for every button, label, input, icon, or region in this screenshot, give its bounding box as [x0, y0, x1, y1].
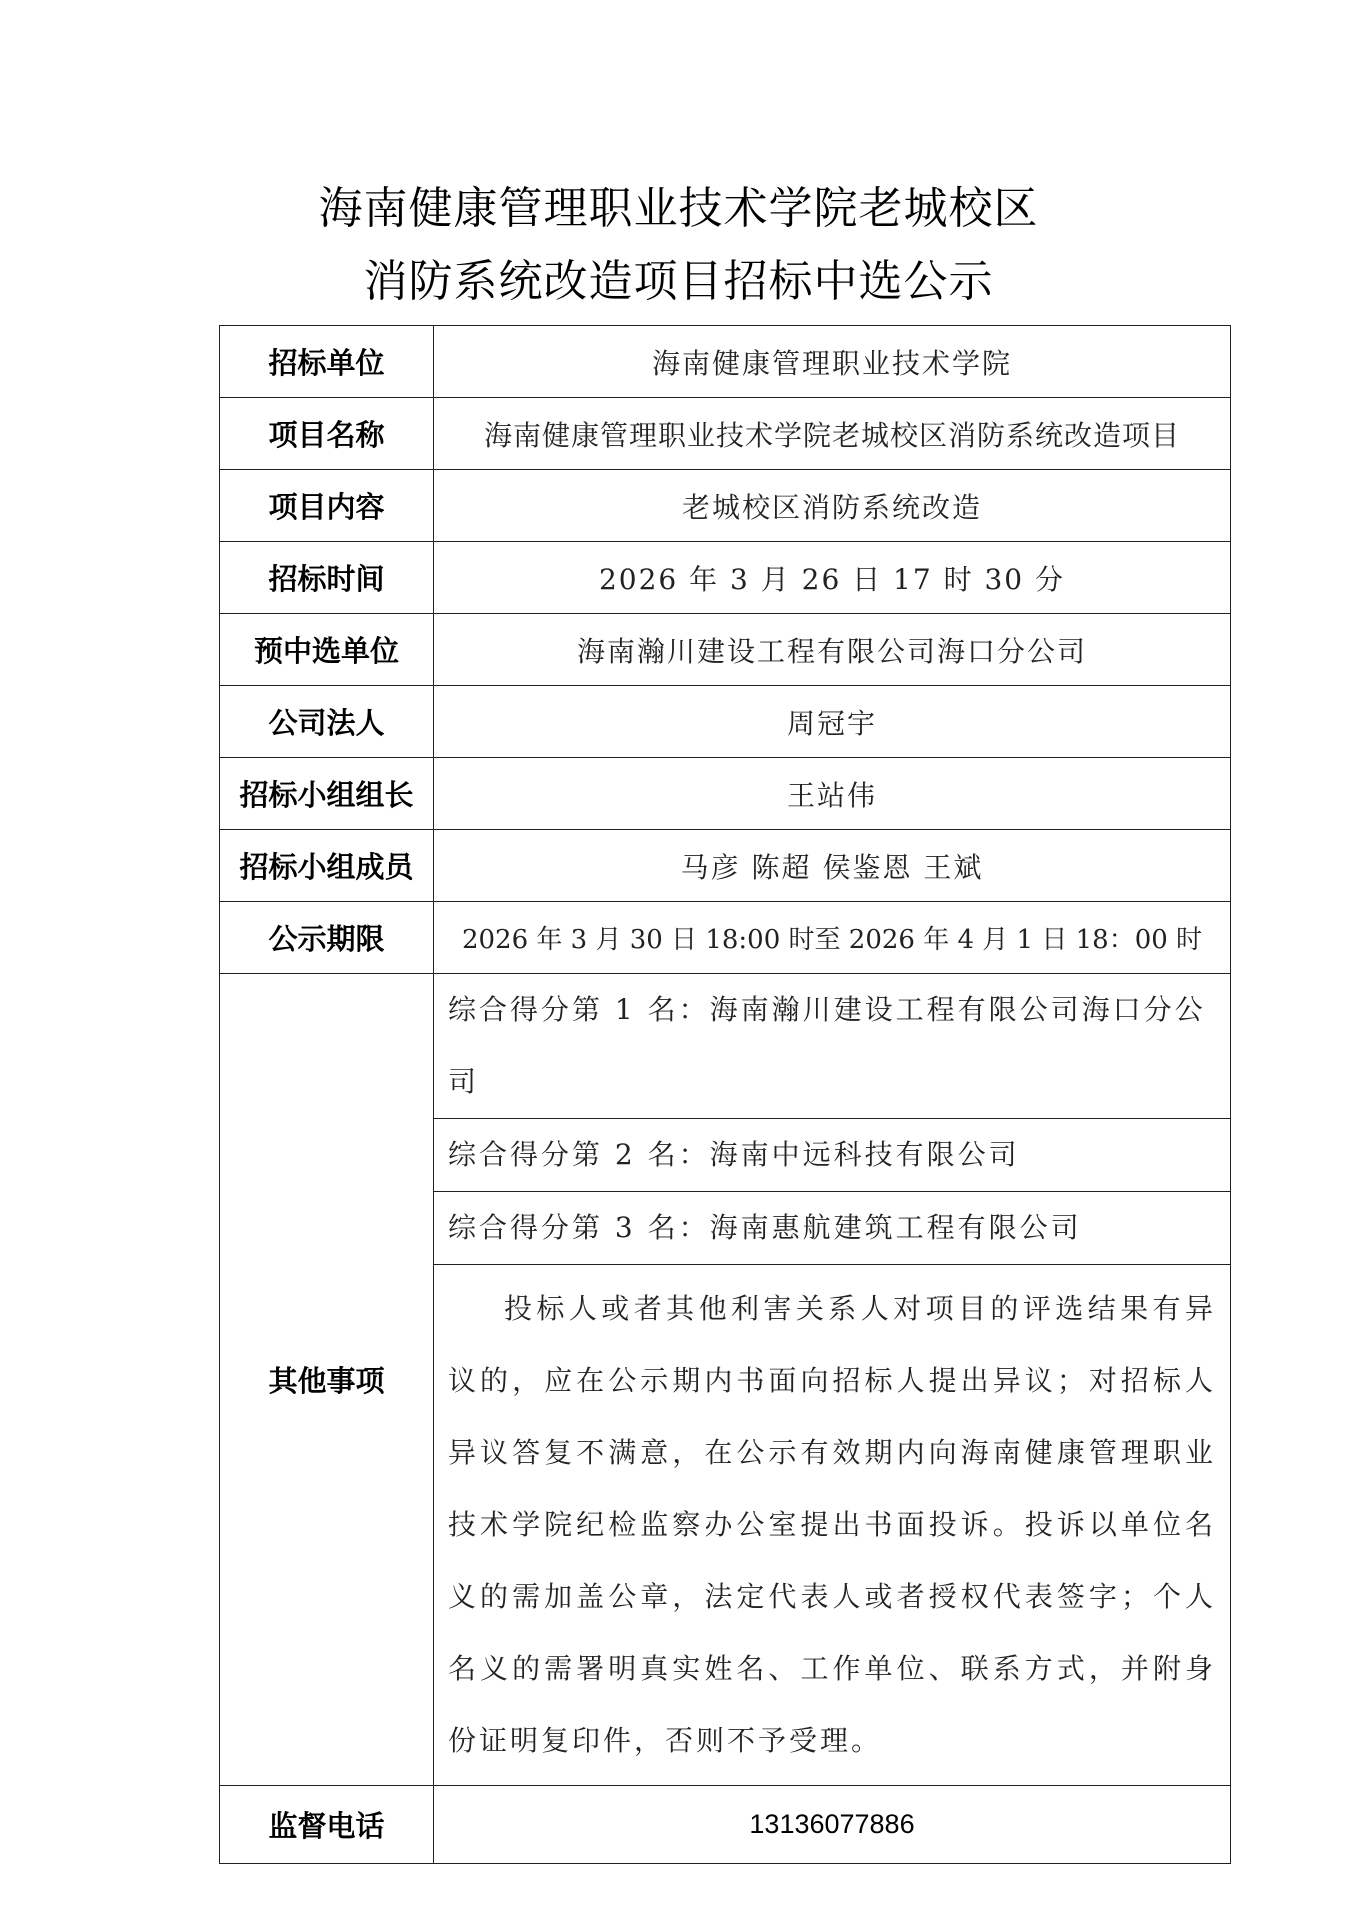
row-value: 2026 年 3 月 30 日 18:00 时至 2026 年 4 月 1 日 …: [434, 902, 1231, 974]
objection-notice-text: 投标人或者其他利害关系人对项目的评选结果有异议的，应在公示期内书面向招标人提出异…: [448, 1273, 1216, 1777]
supervision-phone-number: 13136077886: [434, 1786, 1231, 1864]
objection-notice: 投标人或者其他利害关系人对项目的评选结果有异议的，应在公示期内书面向招标人提出异…: [434, 1265, 1231, 1786]
table-row-project-name: 项目名称 海南健康管理职业技术学院老城校区消防系统改造项目: [220, 398, 1231, 470]
table-row-publicity-period: 公示期限 2026 年 3 月 30 日 18:00 时至 2026 年 4 月…: [220, 902, 1231, 974]
row-label: 公司法人: [220, 686, 434, 758]
ranking-2: 综合得分第 2 名：海南中远科技有限公司: [434, 1119, 1231, 1192]
table-row-other-matters-rank-1: 其他事项 综合得分第 1 名：海南瀚川建设工程有限公司海口分公司: [220, 974, 1231, 1119]
row-label: 其他事项: [220, 974, 434, 1786]
table-row-project-content: 项目内容 老城校区消防系统改造: [220, 470, 1231, 542]
table-row-group-members: 招标小组成员 马彦 陈超 侯鉴恩 王斌: [220, 830, 1231, 902]
row-label: 招标时间: [220, 542, 434, 614]
row-value: 老城校区消防系统改造: [434, 470, 1231, 542]
table-row-bidding-time: 招标时间 2026 年 3 月 26 日 17 时 30 分: [220, 542, 1231, 614]
row-label: 招标单位: [220, 326, 434, 398]
row-value: 海南健康管理职业技术学院: [434, 326, 1231, 398]
table-row-group-leader: 招标小组组长 王站伟: [220, 758, 1231, 830]
table-row-supervision-phone: 监督电话 13136077886: [220, 1786, 1231, 1864]
row-value: 王站伟: [434, 758, 1231, 830]
row-value: 海南瀚川建设工程有限公司海口分公司: [434, 614, 1231, 686]
ranking-3: 综合得分第 3 名：海南惠航建筑工程有限公司: [434, 1192, 1231, 1265]
row-label: 项目名称: [220, 398, 434, 470]
table-row-preselected-unit: 预中选单位 海南瀚川建设工程有限公司海口分公司: [220, 614, 1231, 686]
bid-result-table: 招标单位 海南健康管理职业技术学院 项目名称 海南健康管理职业技术学院老城校区消…: [219, 325, 1231, 1864]
row-label: 监督电话: [220, 1786, 434, 1864]
row-label: 招标小组组长: [220, 758, 434, 830]
row-label: 预中选单位: [220, 614, 434, 686]
table-row-bidding-unit: 招标单位 海南健康管理职业技术学院: [220, 326, 1231, 398]
table-row-legal-person: 公司法人 周冠宇: [220, 686, 1231, 758]
row-value: 马彦 陈超 侯鉴恩 王斌: [434, 830, 1231, 902]
row-value: 周冠宇: [434, 686, 1231, 758]
row-label: 项目内容: [220, 470, 434, 542]
document-title-line-1: 海南健康管理职业技术学院老城校区: [0, 172, 1357, 236]
row-label: 公示期限: [220, 902, 434, 974]
document-title-line-2: 消防系统改造项目招标中选公示: [0, 245, 1357, 309]
row-label: 招标小组成员: [220, 830, 434, 902]
row-value: 海南健康管理职业技术学院老城校区消防系统改造项目: [434, 398, 1231, 470]
ranking-1: 综合得分第 1 名：海南瀚川建设工程有限公司海口分公司: [434, 974, 1231, 1119]
row-value: 2026 年 3 月 26 日 17 时 30 分: [434, 542, 1231, 614]
